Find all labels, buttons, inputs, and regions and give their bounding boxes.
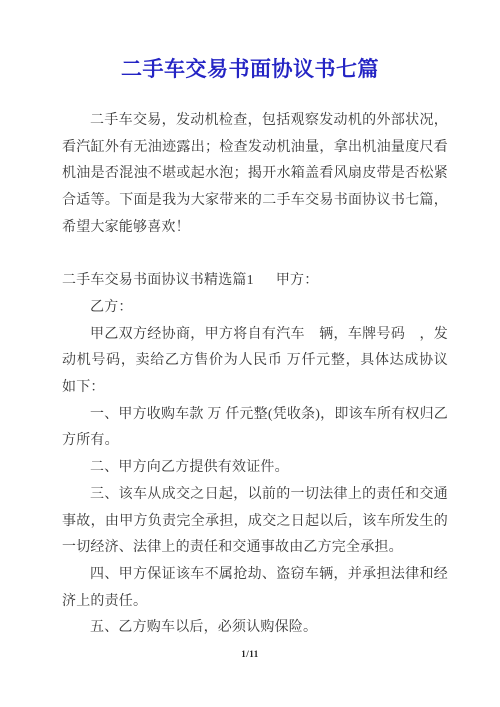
document-page: 二手车交易书面协议书七篇 二手车交易，发动机检查，包括观察发动机的外部状况，看汽… [0,0,500,707]
section-heading-line: 二手车交易书面协议书精选篇1甲方： [62,268,448,295]
party-b-label: 乙方： [62,295,448,322]
clause-paragraph-2: 二、甲方向乙方提供有效证件。 [62,455,448,482]
document-title: 二手车交易书面协议书七篇 [0,0,500,83]
clause-paragraph-5: 五、乙方购车以后，必须认购保险。 [62,615,448,642]
intro-paragraph: 二手车交易，发动机检查，包括观察发动机的外部状况，看汽缸外有无油迹露出；检查发动… [62,108,448,242]
clause-paragraph-4: 四、甲方保证该车不属抢劫、盗窃车辆，并承担法律和经济上的责任。 [62,562,448,615]
agreement-intro-paragraph: 甲乙双方经协商，甲方将自有汽车 辆，车牌号码 ，发动机号码，卖给乙方售价为人民币… [62,322,448,402]
document-body: 二手车交易，发动机检查，包括观察发动机的外部状况，看汽缸外有无油迹露出；检查发动… [62,108,448,642]
page-number: 1/11 [0,649,500,659]
section-heading: 二手车交易书面协议书精选篇1 [62,273,254,288]
clause-paragraph-1: 一、甲方收购车款 万 仟元整(凭收条)，即该车所有权归乙方所有。 [62,402,448,455]
clause-paragraph-3: 三、该车从成交之日起，以前的一切法律上的责任和交通事故，由甲方负责完全承担，成交… [62,482,448,562]
party-a-label: 甲方： [276,273,319,288]
